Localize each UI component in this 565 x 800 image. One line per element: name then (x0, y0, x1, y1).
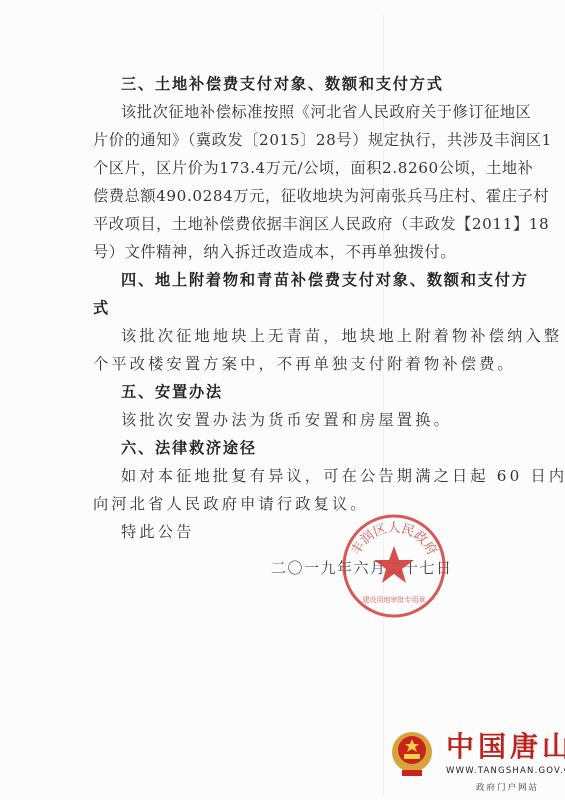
section-3-text-line: 片价的通知》（冀政发〔2015〕28号）规定执行，共涉及丰润区1 (93, 130, 471, 150)
document-page: 三、土地补偿费支付对象、数额和支付方式 该批次征地补偿标准按照《河北省人民政府关… (0, 0, 565, 800)
section-6-text-line: 如对本征地批复有异议，可在公告期满之日起 60 日内 (121, 466, 471, 486)
brand-name: 中国唐山 (446, 725, 565, 765)
section-6-text-line: 向河北省人民政府申请行政复议。 (93, 494, 471, 514)
site-url: WWW.TANGSHAN.GOV.CN (446, 766, 565, 776)
site-subtitle: 政府门户网站 (476, 781, 539, 793)
svg-text:建设用地审批专用章: 建设用地审批专用章 (363, 595, 426, 604)
section-3-text-line: 偿费总额490.0284万元，征收地块为河南张兵马庄村、霍庄子村 (93, 186, 471, 206)
section-4-text-line: 该批次征地地块上无青苗，地块地上附着物补偿纳入整 (121, 326, 471, 346)
section-3-text-line: 该批次征地补偿标准按照《河北省人民政府关于修订征地区 (121, 102, 471, 122)
national-emblem-icon (390, 728, 434, 780)
section-6-heading: 六、法律救济途径 (121, 438, 471, 458)
section-5-text-line: 该批次安置办法为货币安置和房屋置换。 (121, 410, 471, 430)
section-4-heading-cont: 式 (93, 298, 471, 318)
section-5-heading: 五、安置办法 (121, 382, 471, 402)
section-3-text-line: 平改项目，土地补偿费依据丰润区人民政府（丰政发【2011】18 (93, 214, 471, 234)
section-4-heading: 四、地上附着物和青苗补偿费支付对象、数额和支付方 (121, 270, 471, 290)
section-3-text-line: 号）文件精神，纳入拆迁改造成本，不再单独拨付。 (93, 242, 471, 262)
section-4-text-line: 个平改楼安置方案中，不再单独支付附着物补偿费。 (93, 354, 471, 374)
section-3-heading: 三、土地补偿费支付对象、数额和支付方式 (121, 74, 471, 94)
official-seal-stamp: 丰润区人民政府 建设用地审批专用章 (340, 512, 448, 620)
site-logo[interactable]: 中国唐山 WWW.TANGSHAN.GOV.CN 政府门户网站 (388, 723, 563, 795)
section-3-text-line: 个区片，区片价为173.4万元/公顷，面积2.8260公顷，土地补 (93, 158, 471, 178)
